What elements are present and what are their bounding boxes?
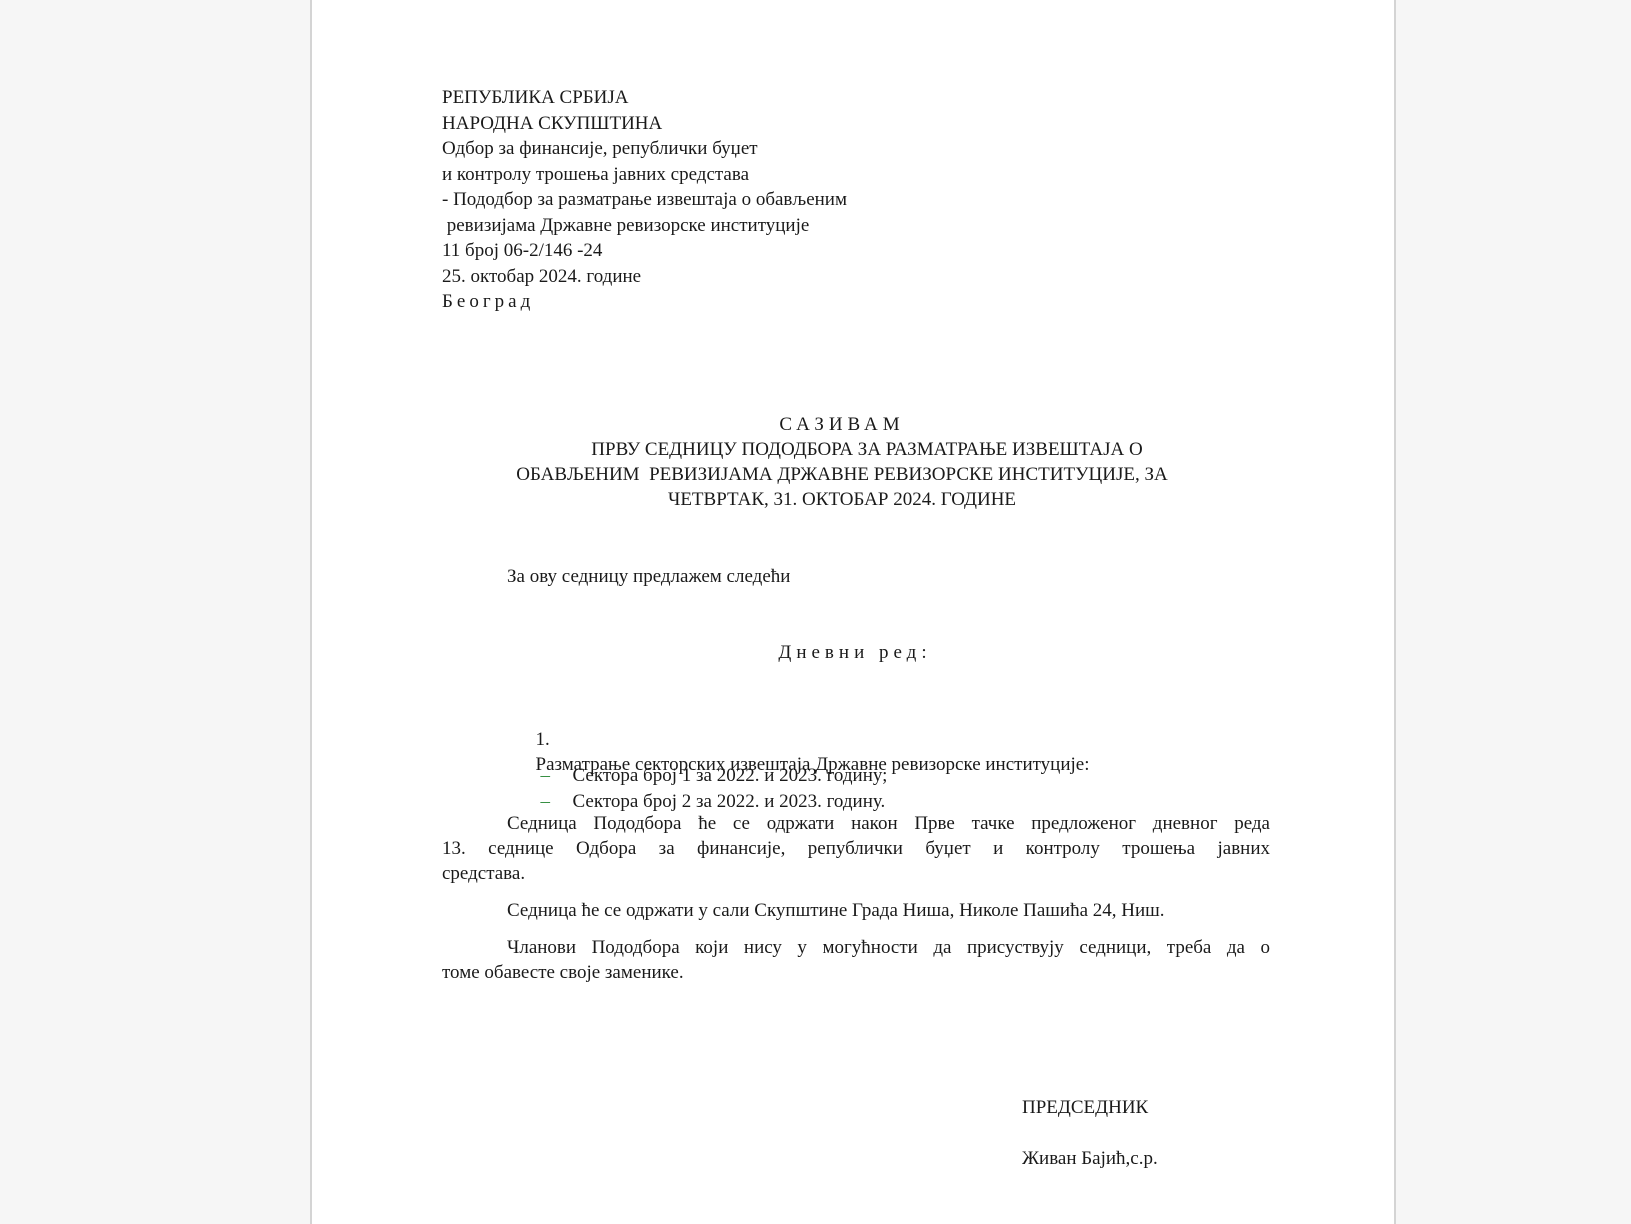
document-page: РЕПУБЛИКА СРБИЈА НАРОДНА СКУПШТИНА Одбор… (310, 0, 1396, 1224)
document-title: САЗИВАМ ПРВУ СЕДНИЦУ ПОДОДБОРА ЗА РАЗМАТ… (462, 412, 1222, 512)
header-assembly: НАРОДНА СКУПШТИНА (442, 111, 847, 137)
paragraph-line: Седница ће се одржати у сали Скупштине Г… (442, 898, 1270, 923)
signature-role: ПРЕДСЕДНИК (1022, 1095, 1148, 1120)
paragraph-line: средстава. (442, 861, 1270, 886)
intro-text: За ову седницу предлажем следећи (507, 564, 790, 589)
header-reference-number: 11 број 06-2/146 -24 (442, 238, 847, 264)
agenda-heading: Дневни ред: (312, 640, 1398, 665)
header-committee-line1: Одбор за финансије, републички буџет (442, 136, 847, 162)
header-city: Београд (442, 289, 847, 315)
header-subcommittee-line2: ревизијама Државне ревизорске институциј… (442, 213, 847, 239)
header-country: РЕПУБЛИКА СРБИЈА (442, 85, 847, 111)
document-header: РЕПУБЛИКА СРБИЈА НАРОДНА СКУПШТИНА Одбор… (442, 85, 847, 315)
title-convene: САЗИВАМ (462, 412, 1222, 437)
paragraph-members-notice: Чланови Пододбора који нису у могућности… (442, 935, 1270, 985)
paragraph-line: томе обавесте своје заменике. (442, 960, 1270, 985)
title-line-3: ЧЕТВРТАК, 31. ОКТОБАР 2024. ГОДИНЕ (462, 487, 1222, 512)
header-date: 25. октобар 2024. године (442, 264, 847, 290)
paragraph-line: Чланови Пододбора који нису у могућности… (442, 935, 1270, 960)
paragraph-location: Седница ће се одржати у сали Скупштине Г… (442, 898, 1270, 923)
agenda-subitem-text: Сектора број 2 за 2022. и 2023. годину. (573, 791, 886, 812)
header-committee-line2: и контролу трошења јавних средстава (442, 162, 847, 188)
paragraph-line: 13. седнице Одбора за финансије, републи… (442, 836, 1270, 861)
paragraph-line: Седница Пододбора ће се одржати након Пр… (442, 811, 1270, 836)
paragraph-session-timing: Седница Пододбора ће се одржати након Пр… (442, 811, 1270, 886)
header-subcommittee-line1: - Пододбор за разматрање извештаја о оба… (442, 187, 847, 213)
title-line-2: ОБАВЉЕНИМ РЕВИЗИЈАМА ДРЖАВНЕ РЕВИЗОРСКЕ … (462, 462, 1222, 487)
document-viewer: РЕПУБЛИКА СРБИЈА НАРОДНА СКУПШТИНА Одбор… (0, 0, 1631, 1224)
title-line-1: ПРВУ СЕДНИЦУ ПОДОДБОРА ЗА РАЗМАТРАЊЕ ИЗВ… (462, 437, 1222, 462)
signature-name: Живан Бајић,с.р. (1022, 1146, 1158, 1171)
